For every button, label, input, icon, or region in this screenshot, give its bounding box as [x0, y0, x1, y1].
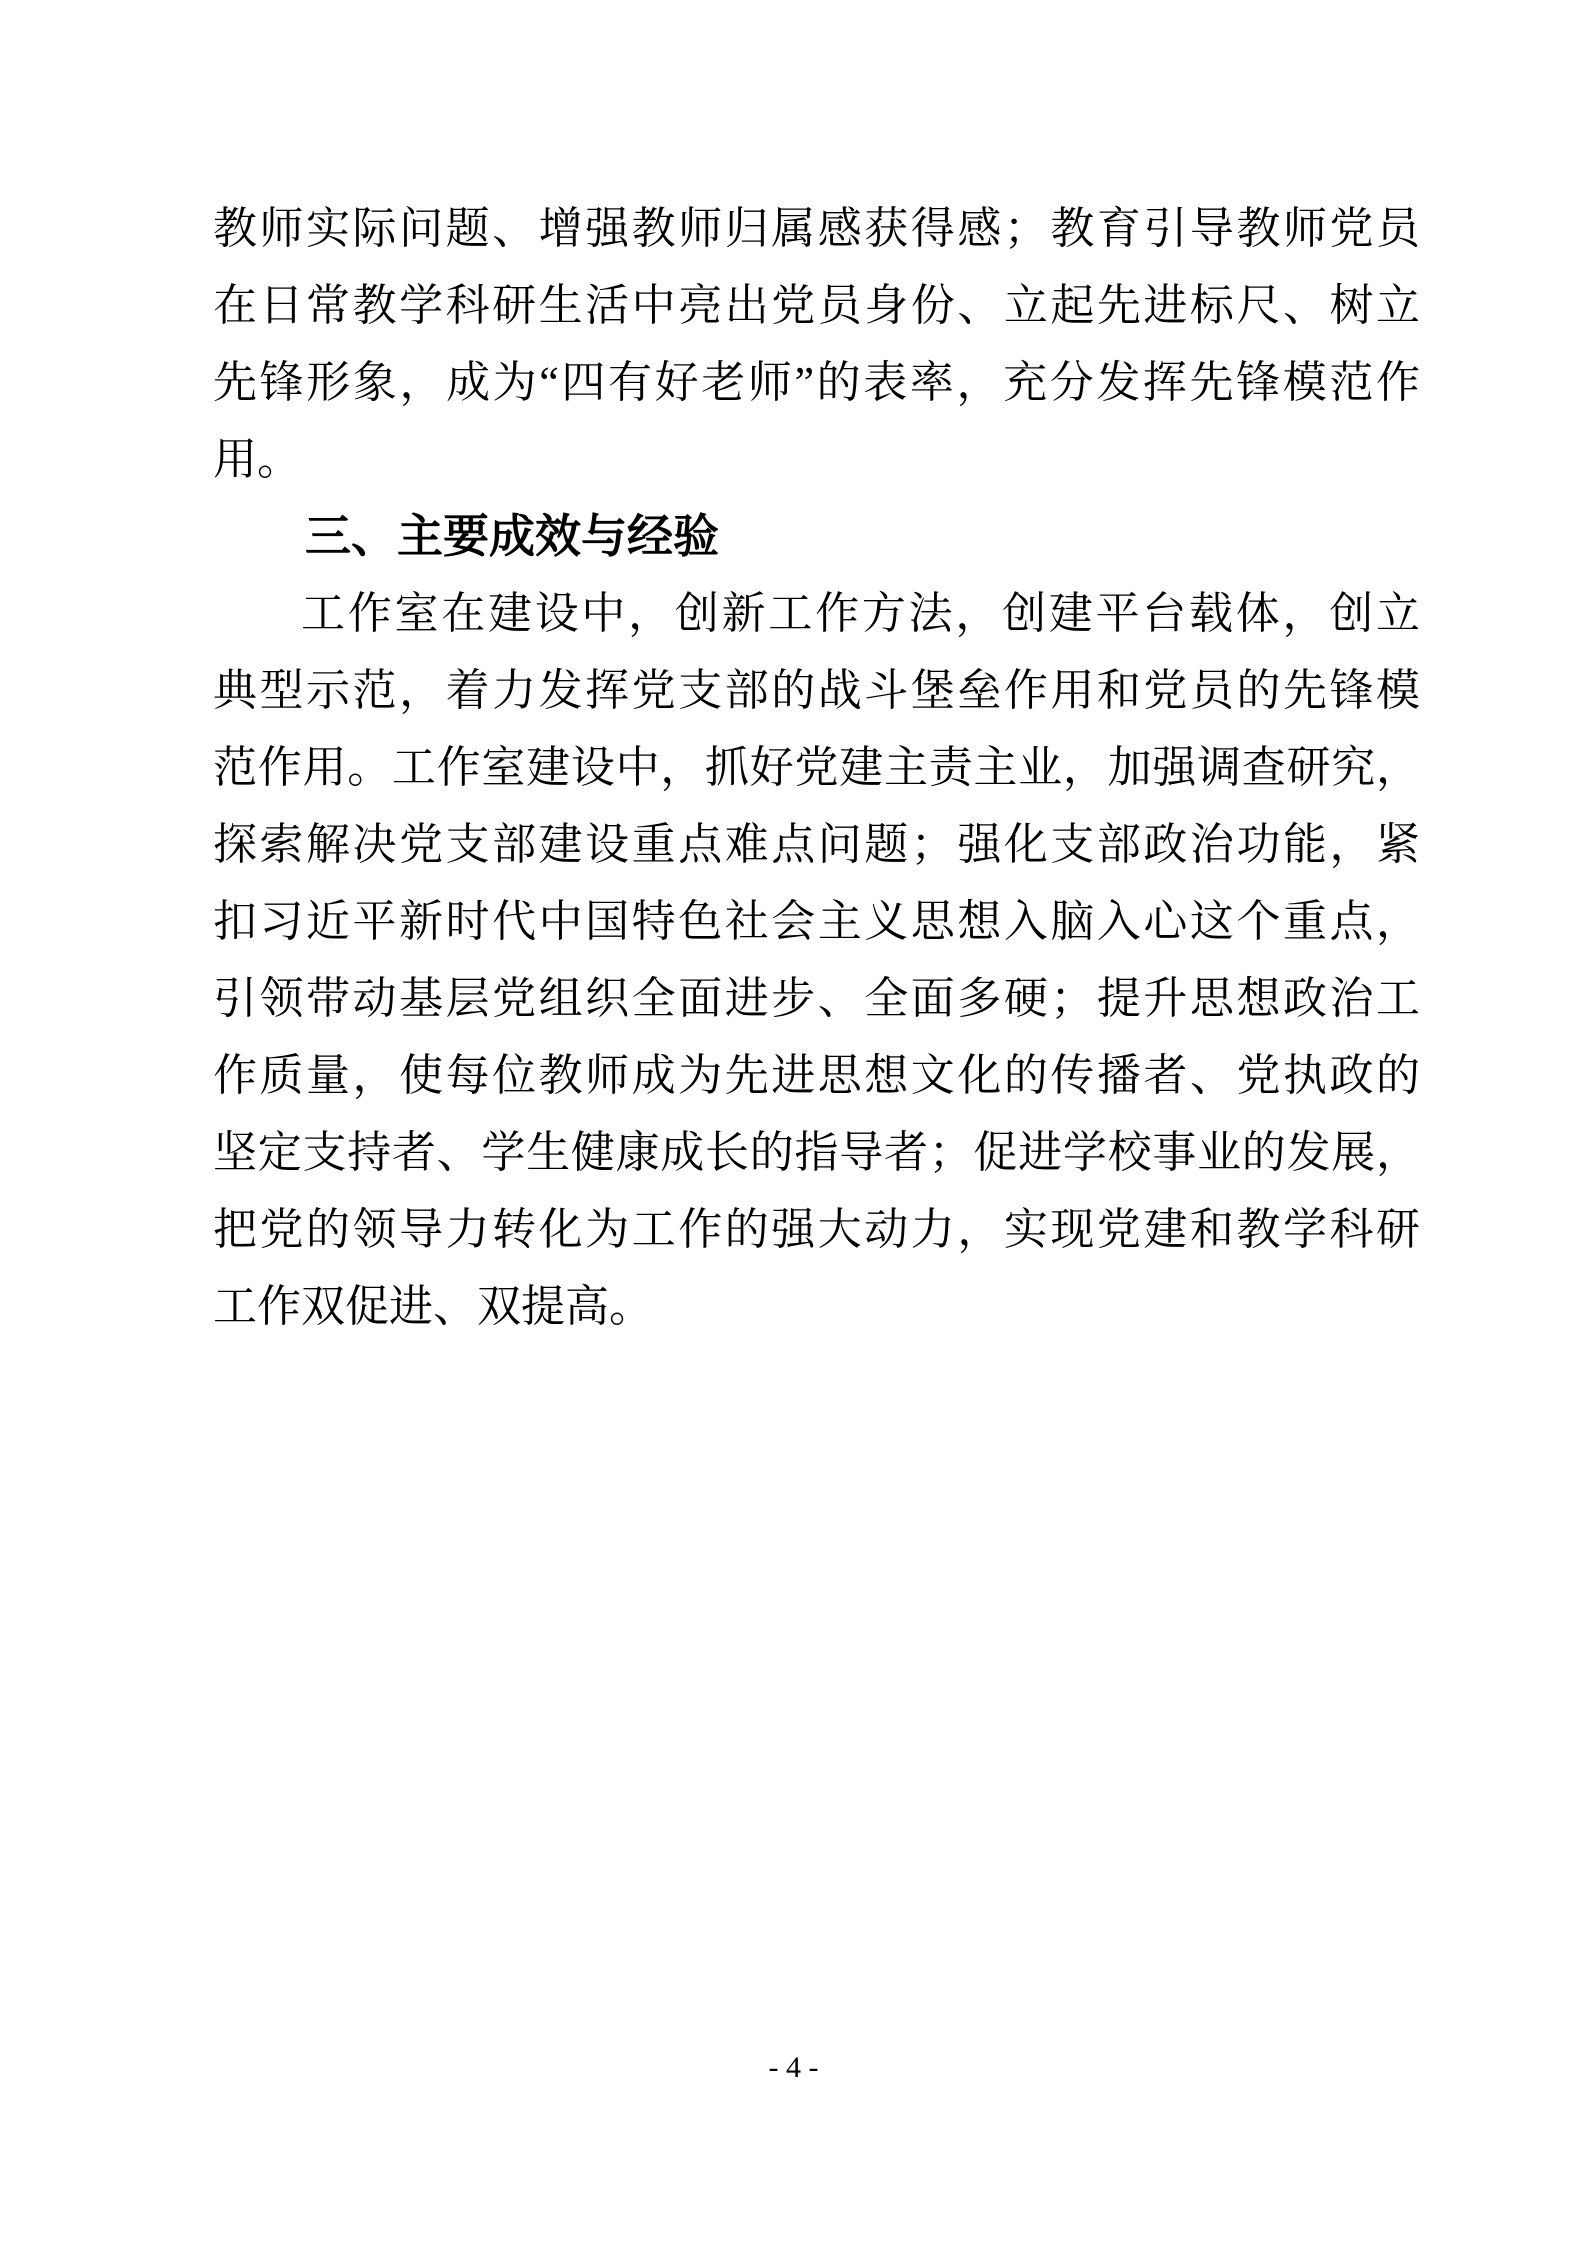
- paragraph-continuation: 教师实际问题、增强教师归属感获得感；教育引导教师党员 在日常教学科研生活中亮出党…: [213, 190, 1420, 498]
- text-line: 探索解决党支部建设重点难点问题；强化支部政治功能，紧: [213, 806, 1420, 883]
- document-page: 教师实际问题、增强教师归属感获得感；教育引导教师党员 在日常教学科研生活中亮出党…: [0, 0, 1587, 2245]
- text-line: 作质量，使每位教师成为先进思想文化的传播者、党执政的: [213, 1037, 1420, 1114]
- document-body: 教师实际问题、增强教师归属感获得感；教育引导教师党员 在日常教学科研生活中亮出党…: [213, 190, 1420, 1345]
- text-line: 工作室在建设中，创新工作方法，创建平台载体，创立: [213, 575, 1420, 652]
- paragraph-main: 工作室在建设中，创新工作方法，创建平台载体，创立 典型示范，着力发挥党支部的战斗…: [213, 575, 1420, 1345]
- section-heading: 三、主要成效与经验: [213, 498, 1420, 575]
- text-line: 把党的领导力转化为工作的强大动力，实现党建和教学科研: [213, 1191, 1420, 1268]
- text-line: 典型示范，着力发挥党支部的战斗堡垒作用和党员的先锋模: [213, 652, 1420, 729]
- text-line: 用。: [213, 421, 1420, 498]
- text-line: 扣习近平新时代中国特色社会主义思想入脑入心这个重点，: [213, 883, 1420, 960]
- text-line: 工作双促进、双提高。: [213, 1268, 1420, 1345]
- page-number: - 4 -: [769, 2051, 819, 2084]
- text-line: 引领带动基层党组织全面进步、全面多硬；提升思想政治工: [213, 960, 1420, 1037]
- text-line: 坚定支持者、学生健康成长的指导者；促进学校事业的发展，: [213, 1114, 1420, 1191]
- text-line: 在日常教学科研生活中亮出党员身份、立起先进标尺、树立: [213, 267, 1420, 344]
- text-line: 范作用。工作室建设中，抓好党建主责主业，加强调查研究，: [213, 729, 1420, 806]
- page-footer: - 4 -: [0, 2048, 1587, 2088]
- text-line: 先锋形象，成为“四有好老师”的表率，充分发挥先锋模范作: [213, 344, 1420, 421]
- text-line: 教师实际问题、增强教师归属感获得感；教育引导教师党员: [213, 190, 1420, 267]
